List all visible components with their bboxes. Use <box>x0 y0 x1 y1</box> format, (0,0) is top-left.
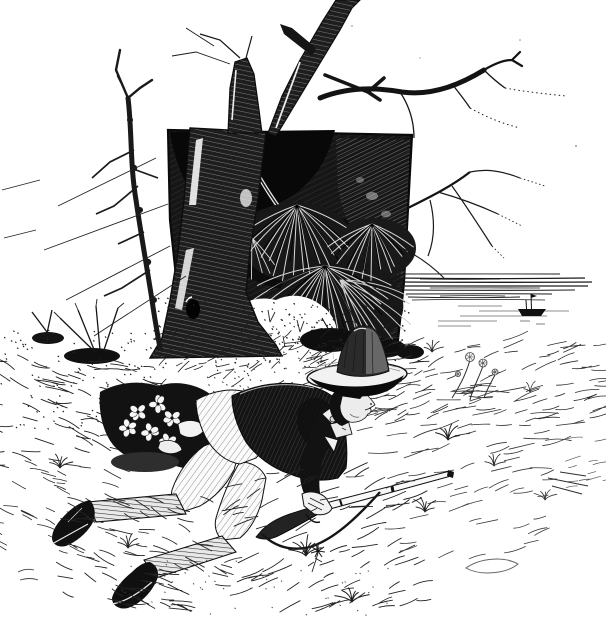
engraving-plate: Hunter crawling through grass with a rif… <box>0 0 606 620</box>
illustration-canvas <box>0 0 606 620</box>
